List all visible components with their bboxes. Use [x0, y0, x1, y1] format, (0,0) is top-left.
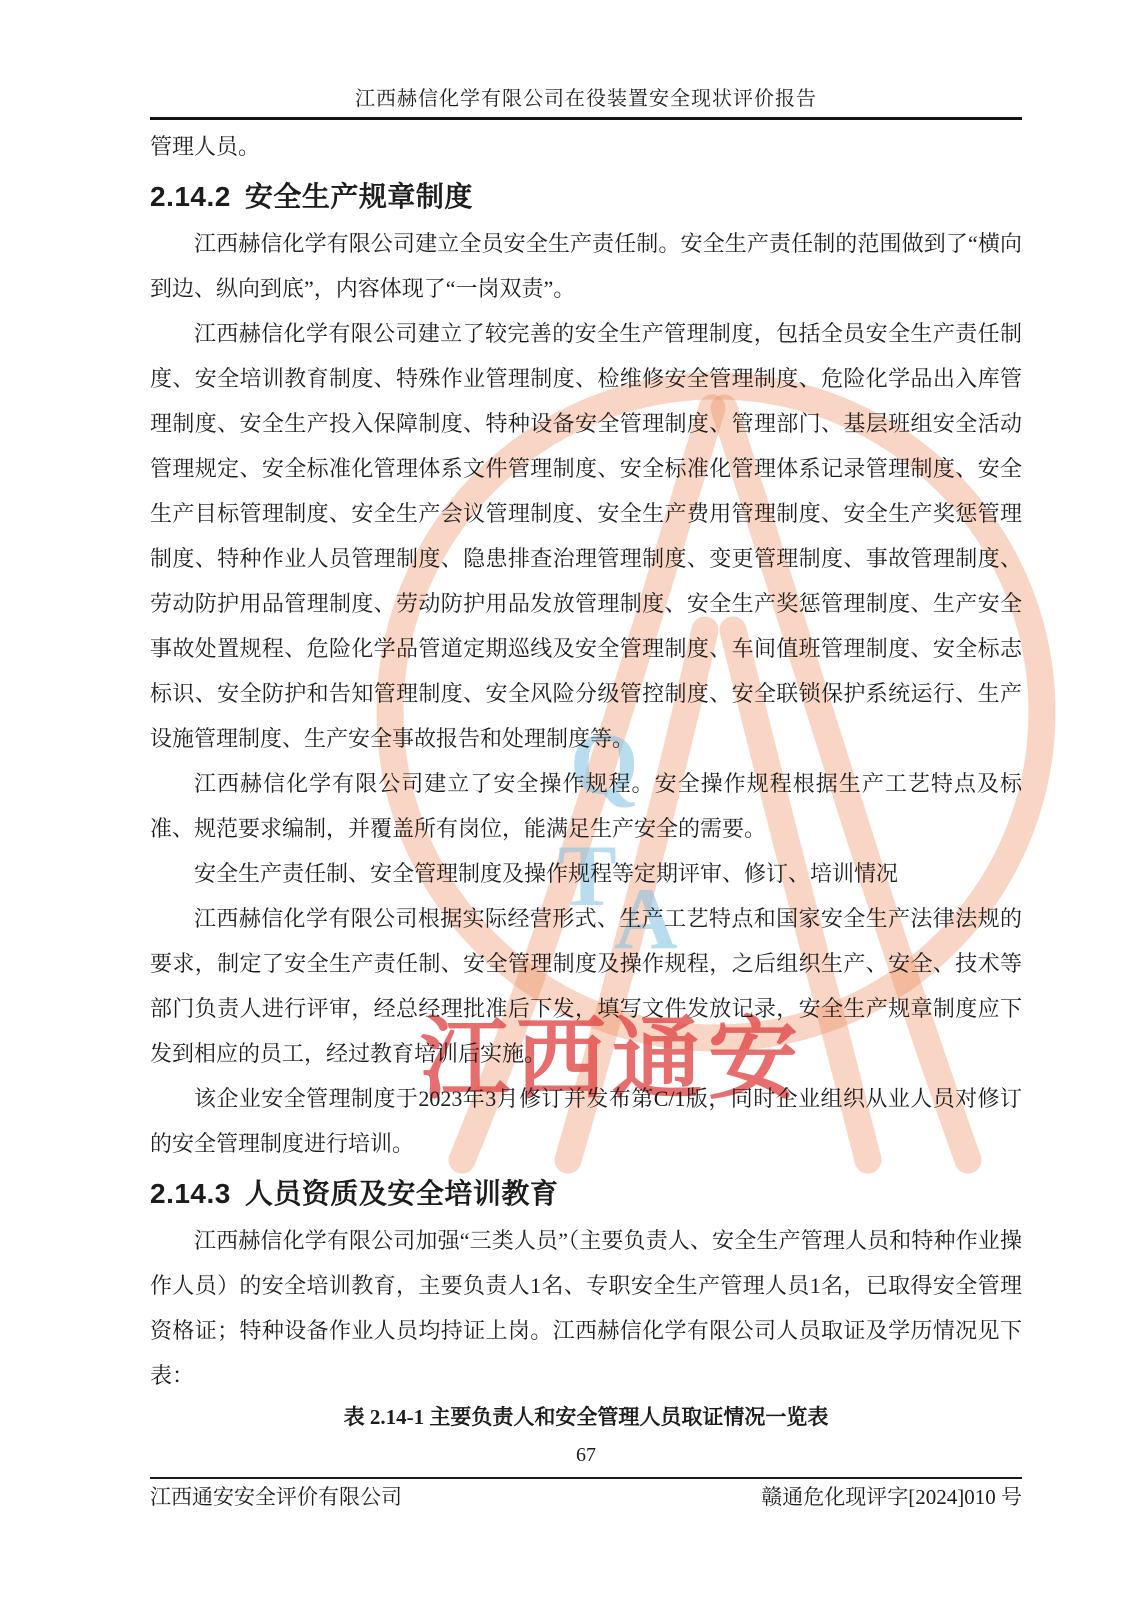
header-rule [150, 117, 1022, 120]
footer: 江西通安安全评价有限公司 赣通危化现评字[2024]010 号 [150, 1481, 1022, 1511]
paragraph: 该企业安全管理制度于2023年3月修订并发布第C/1版，同时企业组织从业人员对修… [150, 1076, 1022, 1166]
footer-document-number: 赣通危化现评字[2024]010 号 [761, 1481, 1022, 1511]
header-title: 江西赫信化学有限公司在役装置安全现状评价报告 [150, 82, 1022, 111]
paragraph: 江西赫信化学有限公司建立了安全操作规程。安全操作规程根据生产工艺特点及标准、规范… [150, 761, 1022, 851]
paragraph: 安全生产责任制、安全管理制度及操作规程等定期评审、修订、培训情况 [150, 851, 1022, 896]
section-heading-2-14-2: 2.14.2安全生产规章制度 [150, 173, 1022, 221]
footer-company-name: 江西通安安全评价有限公司 [150, 1481, 402, 1511]
footer-rule [150, 1477, 1022, 1479]
document-body: 管理人员。 2.14.2安全生产规章制度 江西赫信化学有限公司建立全员安全生产责… [150, 124, 1022, 1434]
section-number: 2.14.2 [150, 181, 231, 212]
paragraph: 江西赫信化学有限公司加强“三类人员”（主要负责人、安全生产管理人员和特种作业操作… [150, 1218, 1022, 1398]
table-caption: 表 2.14-1 主要负责人和安全管理人员取证情况一览表 [150, 1400, 1022, 1434]
section-number: 2.14.3 [150, 1178, 231, 1209]
paragraph-continuation: 管理人员。 [150, 124, 1022, 169]
section-title: 安全生产规章制度 [245, 181, 473, 212]
paragraph: 江西赫信化学有限公司建立了较完善的安全生产管理制度，包括全员安全生产责任制度、安… [150, 311, 1022, 761]
section-heading-2-14-3: 2.14.3人员资质及安全培训教育 [150, 1170, 1022, 1218]
document-page: Q T A 江西通安 江西赫信化学有限公司在役装置安全现状评价报告 管理人员。 … [0, 0, 1131, 1600]
section-title: 人员资质及安全培训教育 [245, 1178, 559, 1209]
page-number: 67 [150, 1444, 1022, 1467]
paragraph: 江西赫信化学有限公司根据实际经营形式、生产工艺特点和国家安全生产法律法规的要求，… [150, 896, 1022, 1076]
paragraph: 江西赫信化学有限公司建立全员安全生产责任制。安全生产责任制的范围做到了“横向到边… [150, 221, 1022, 311]
